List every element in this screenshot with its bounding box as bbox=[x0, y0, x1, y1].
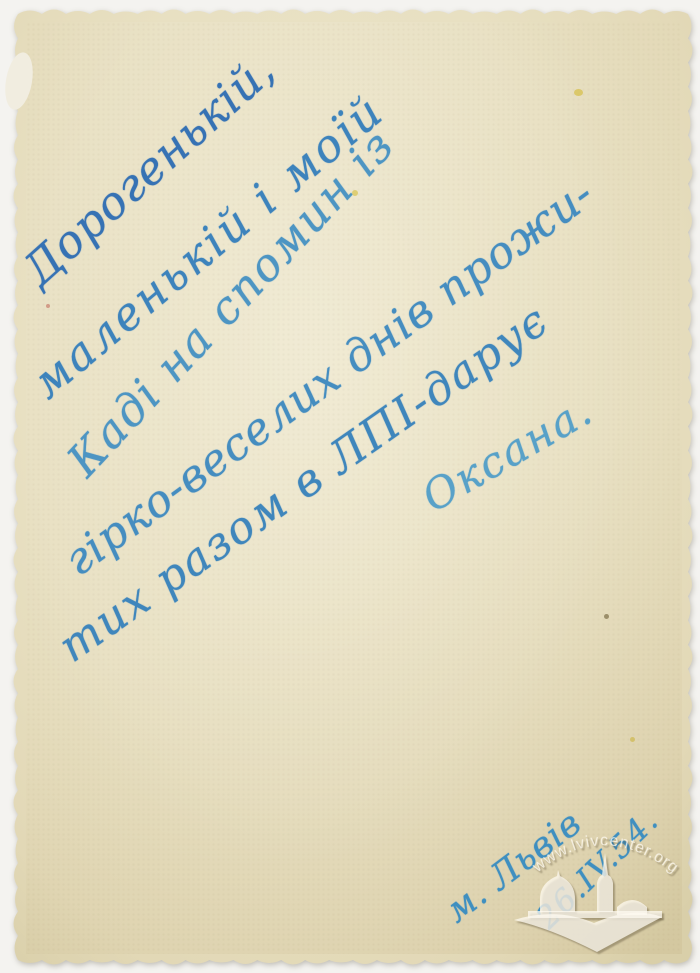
scanned-photo-back: Дорогенькій, маленькій і моїй Каді на сп… bbox=[0, 0, 700, 973]
lvivcenter-watermark: www.lvivcenter.org bbox=[490, 820, 700, 970]
